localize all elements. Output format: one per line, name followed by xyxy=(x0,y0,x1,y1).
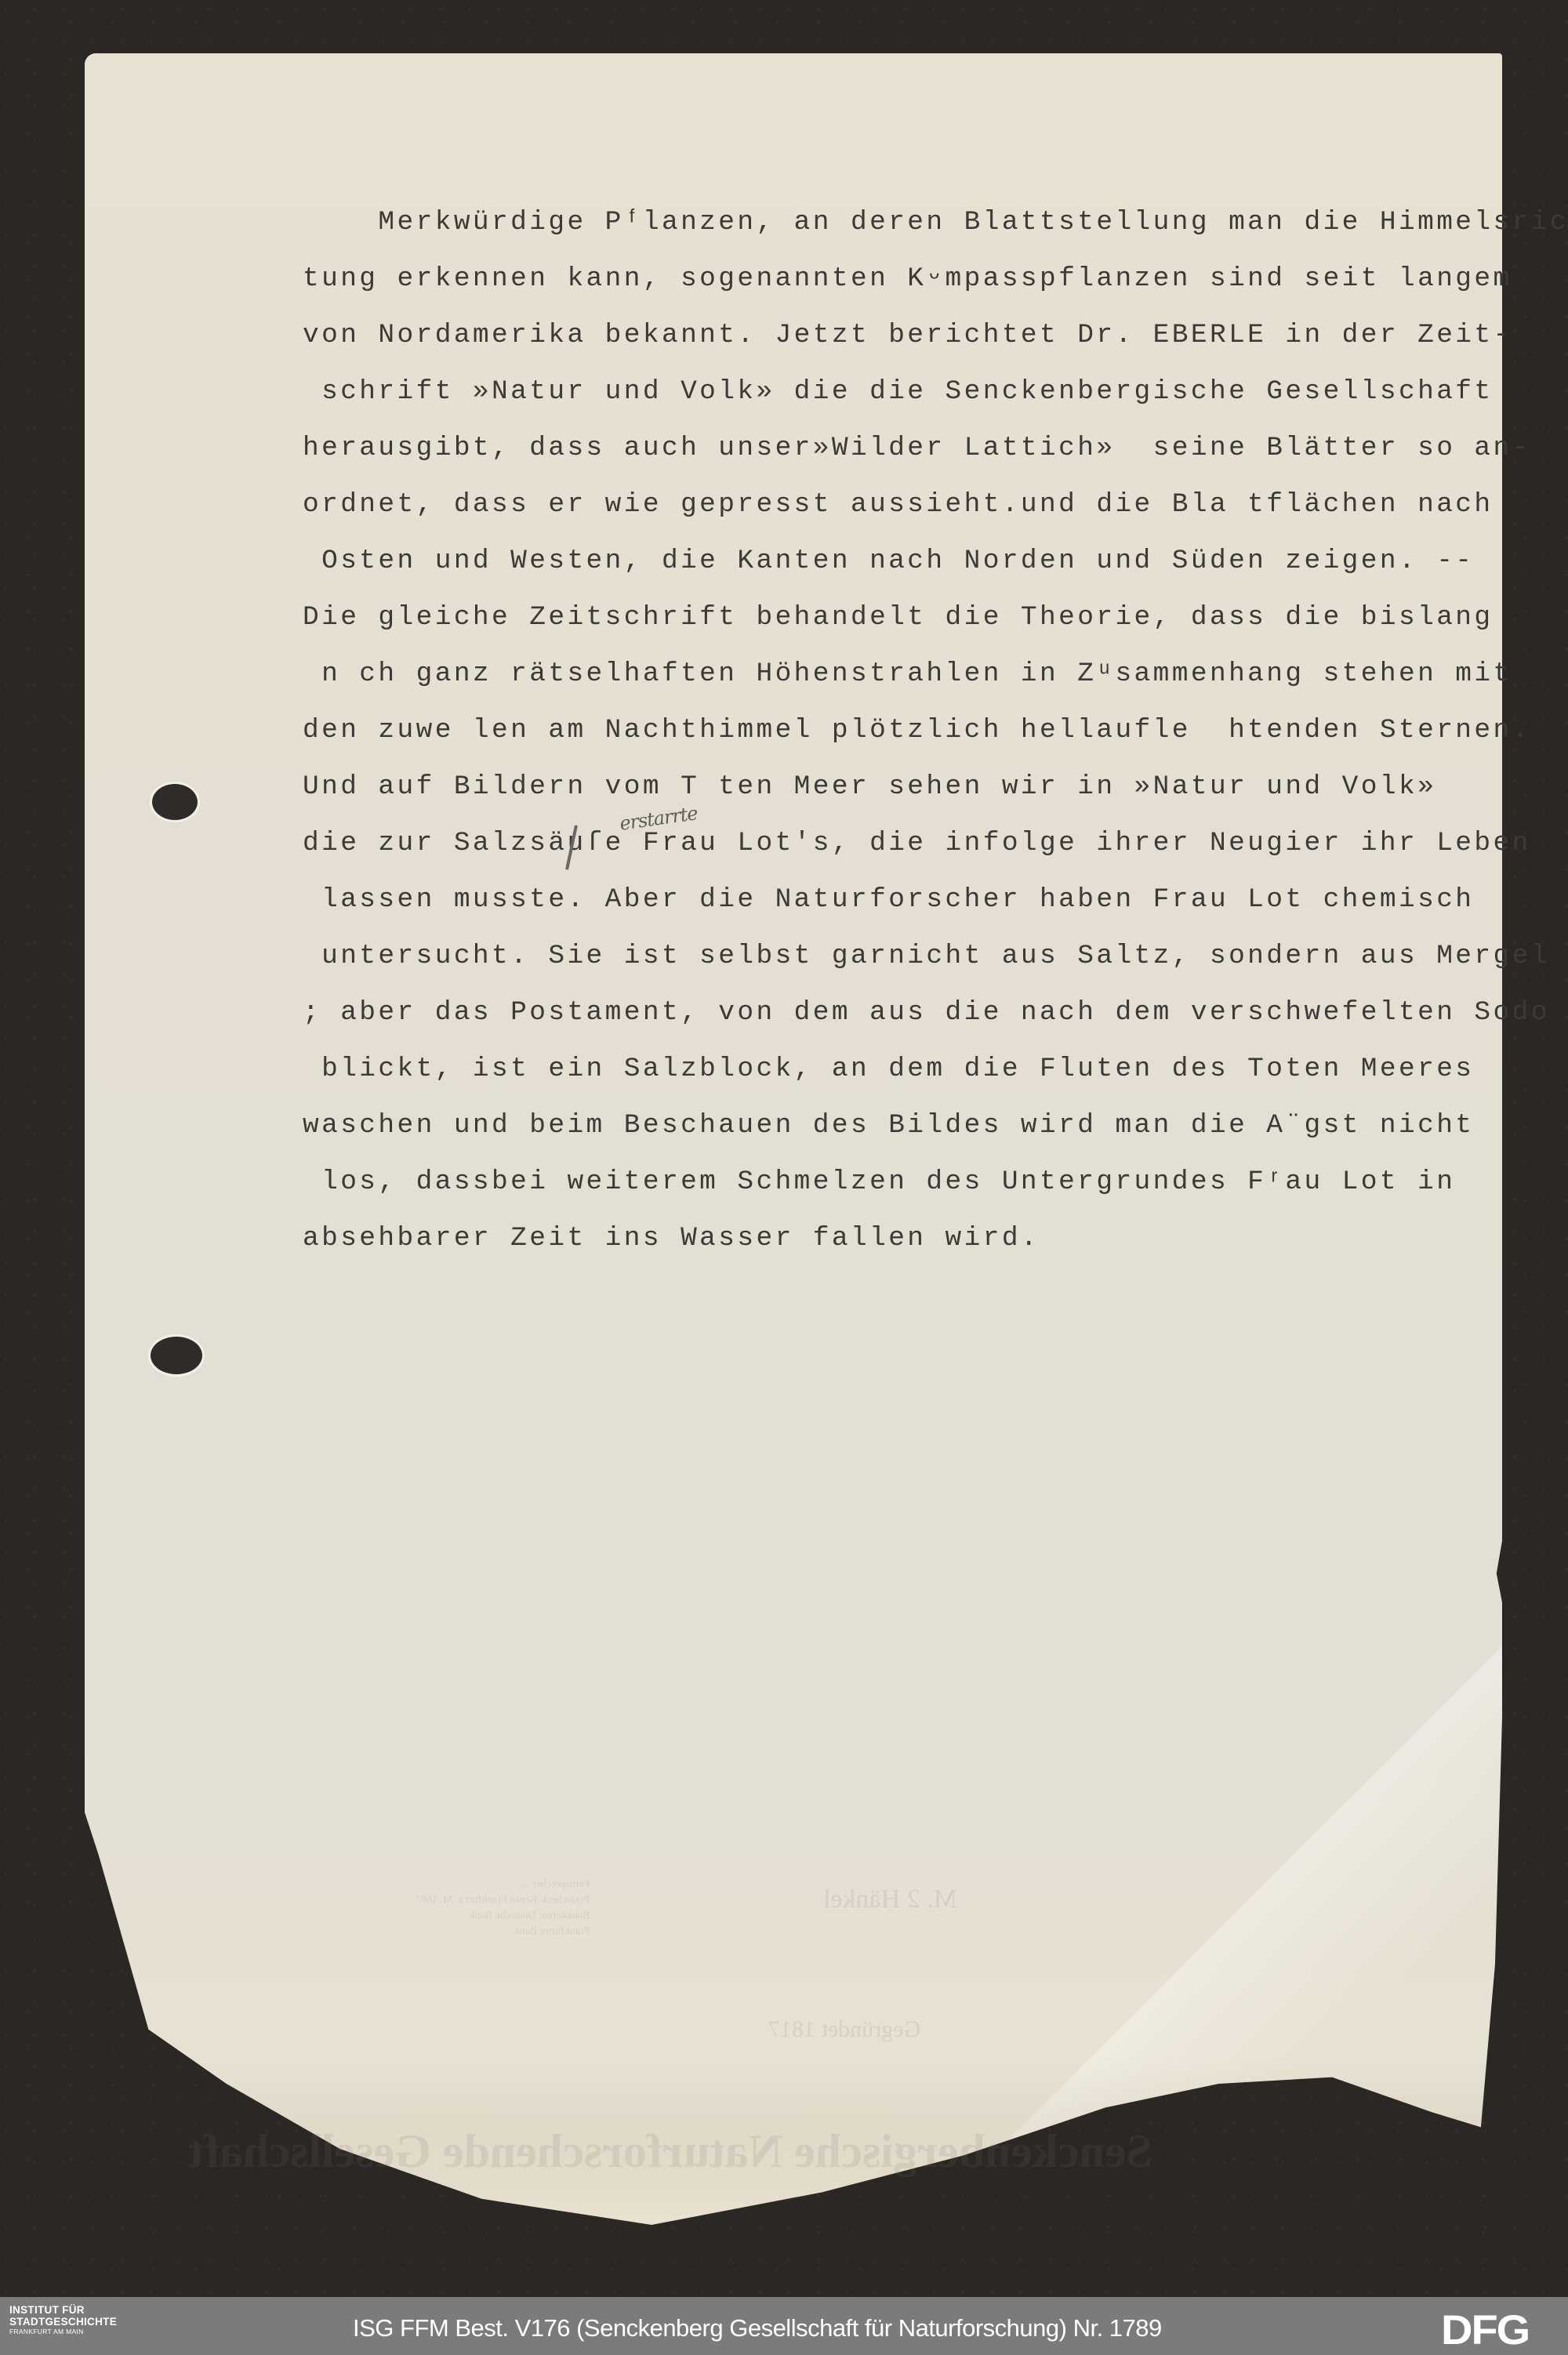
text-line: waschen und beim Beschauen des Bildes wi… xyxy=(303,1098,1557,1154)
text-line: Und auf Bildern vom T ten Meer sehen wir… xyxy=(303,759,1557,815)
typewritten-body: Merkwürdige Pᶠlanzen, an deren Blattstel… xyxy=(303,194,1557,1267)
text-line: die zur Salzsäuſe Frau Lot's, die infolg… xyxy=(303,815,1557,872)
text-line: absehbarer Zeit ins Wasser fallen wird. xyxy=(303,1210,1557,1267)
text-line: herausgibt, dass auch unser»Wilder Latti… xyxy=(303,420,1557,477)
text-line: von Nordamerika bekannt. Jetzt berichtet… xyxy=(303,307,1557,364)
text-line: ; aber das Postament, von dem aus die na… xyxy=(303,985,1557,1041)
archive-footer-bar: INSTITUT FÜR STADTGESCHICHTE FRANKFURT A… xyxy=(0,2297,1568,2355)
show-through-name: M. 2 Hänkel xyxy=(823,1885,957,1914)
text-line: n ch ganz rätselhaften Höhenstrahlen in … xyxy=(303,646,1557,702)
dfg-logo: DFG xyxy=(1441,2309,1529,2350)
text-line: los, dassbei weiterem Schmelzen des Unte… xyxy=(303,1154,1557,1210)
institute-logo-line2: STADTGESCHICHTE xyxy=(9,2317,117,2328)
punch-hole-icon xyxy=(152,784,198,820)
text-line: Osten und Westen, die Kanten nach Norden… xyxy=(303,533,1557,590)
text-line: schrift »Natur und Volk» die die Sencken… xyxy=(303,364,1557,420)
text-line: tung erkennen kann, sogenannten Kᵕmpassp… xyxy=(303,251,1557,307)
text-line: untersucht. Sie ist selbst garnicht aus … xyxy=(303,928,1557,985)
text-line: lassen musste. Aber die Naturforscher ha… xyxy=(303,872,1557,928)
text-line: den zuwe len am Nachthimmel plötzlich he… xyxy=(303,702,1557,759)
show-through-letterhead: Senckenbergische Naturforschende Gesells… xyxy=(188,2125,1152,2179)
text-line: ordnet, dass er wie gepresst aussieht.un… xyxy=(303,477,1557,533)
show-through-address-block: Fernsprecher ... Postscheck-Konto Frankf… xyxy=(416,1877,590,1940)
institute-logo-line3: FRANKFURT AM MAIN xyxy=(9,2328,117,2335)
show-through-founded: Gegründet 1817 xyxy=(768,2016,920,2043)
institute-logo: INSTITUT FÜR STADTGESCHICHTE FRANKFURT A… xyxy=(9,2305,117,2335)
text-line: Die gleiche Zeitschrift behandelt die Th… xyxy=(303,590,1557,646)
punch-hole-icon xyxy=(151,1337,202,1374)
institute-logo-line1: INSTITUT FÜR xyxy=(9,2305,117,2316)
text-line: Merkwürdige Pᶠlanzen, an deren Blattstel… xyxy=(303,194,1557,251)
archive-caption: ISG FFM Best. V176 (Senckenberg Gesellsc… xyxy=(353,2314,1162,2342)
text-line: blickt, ist ein Salzblock, an dem die Fl… xyxy=(303,1041,1557,1098)
